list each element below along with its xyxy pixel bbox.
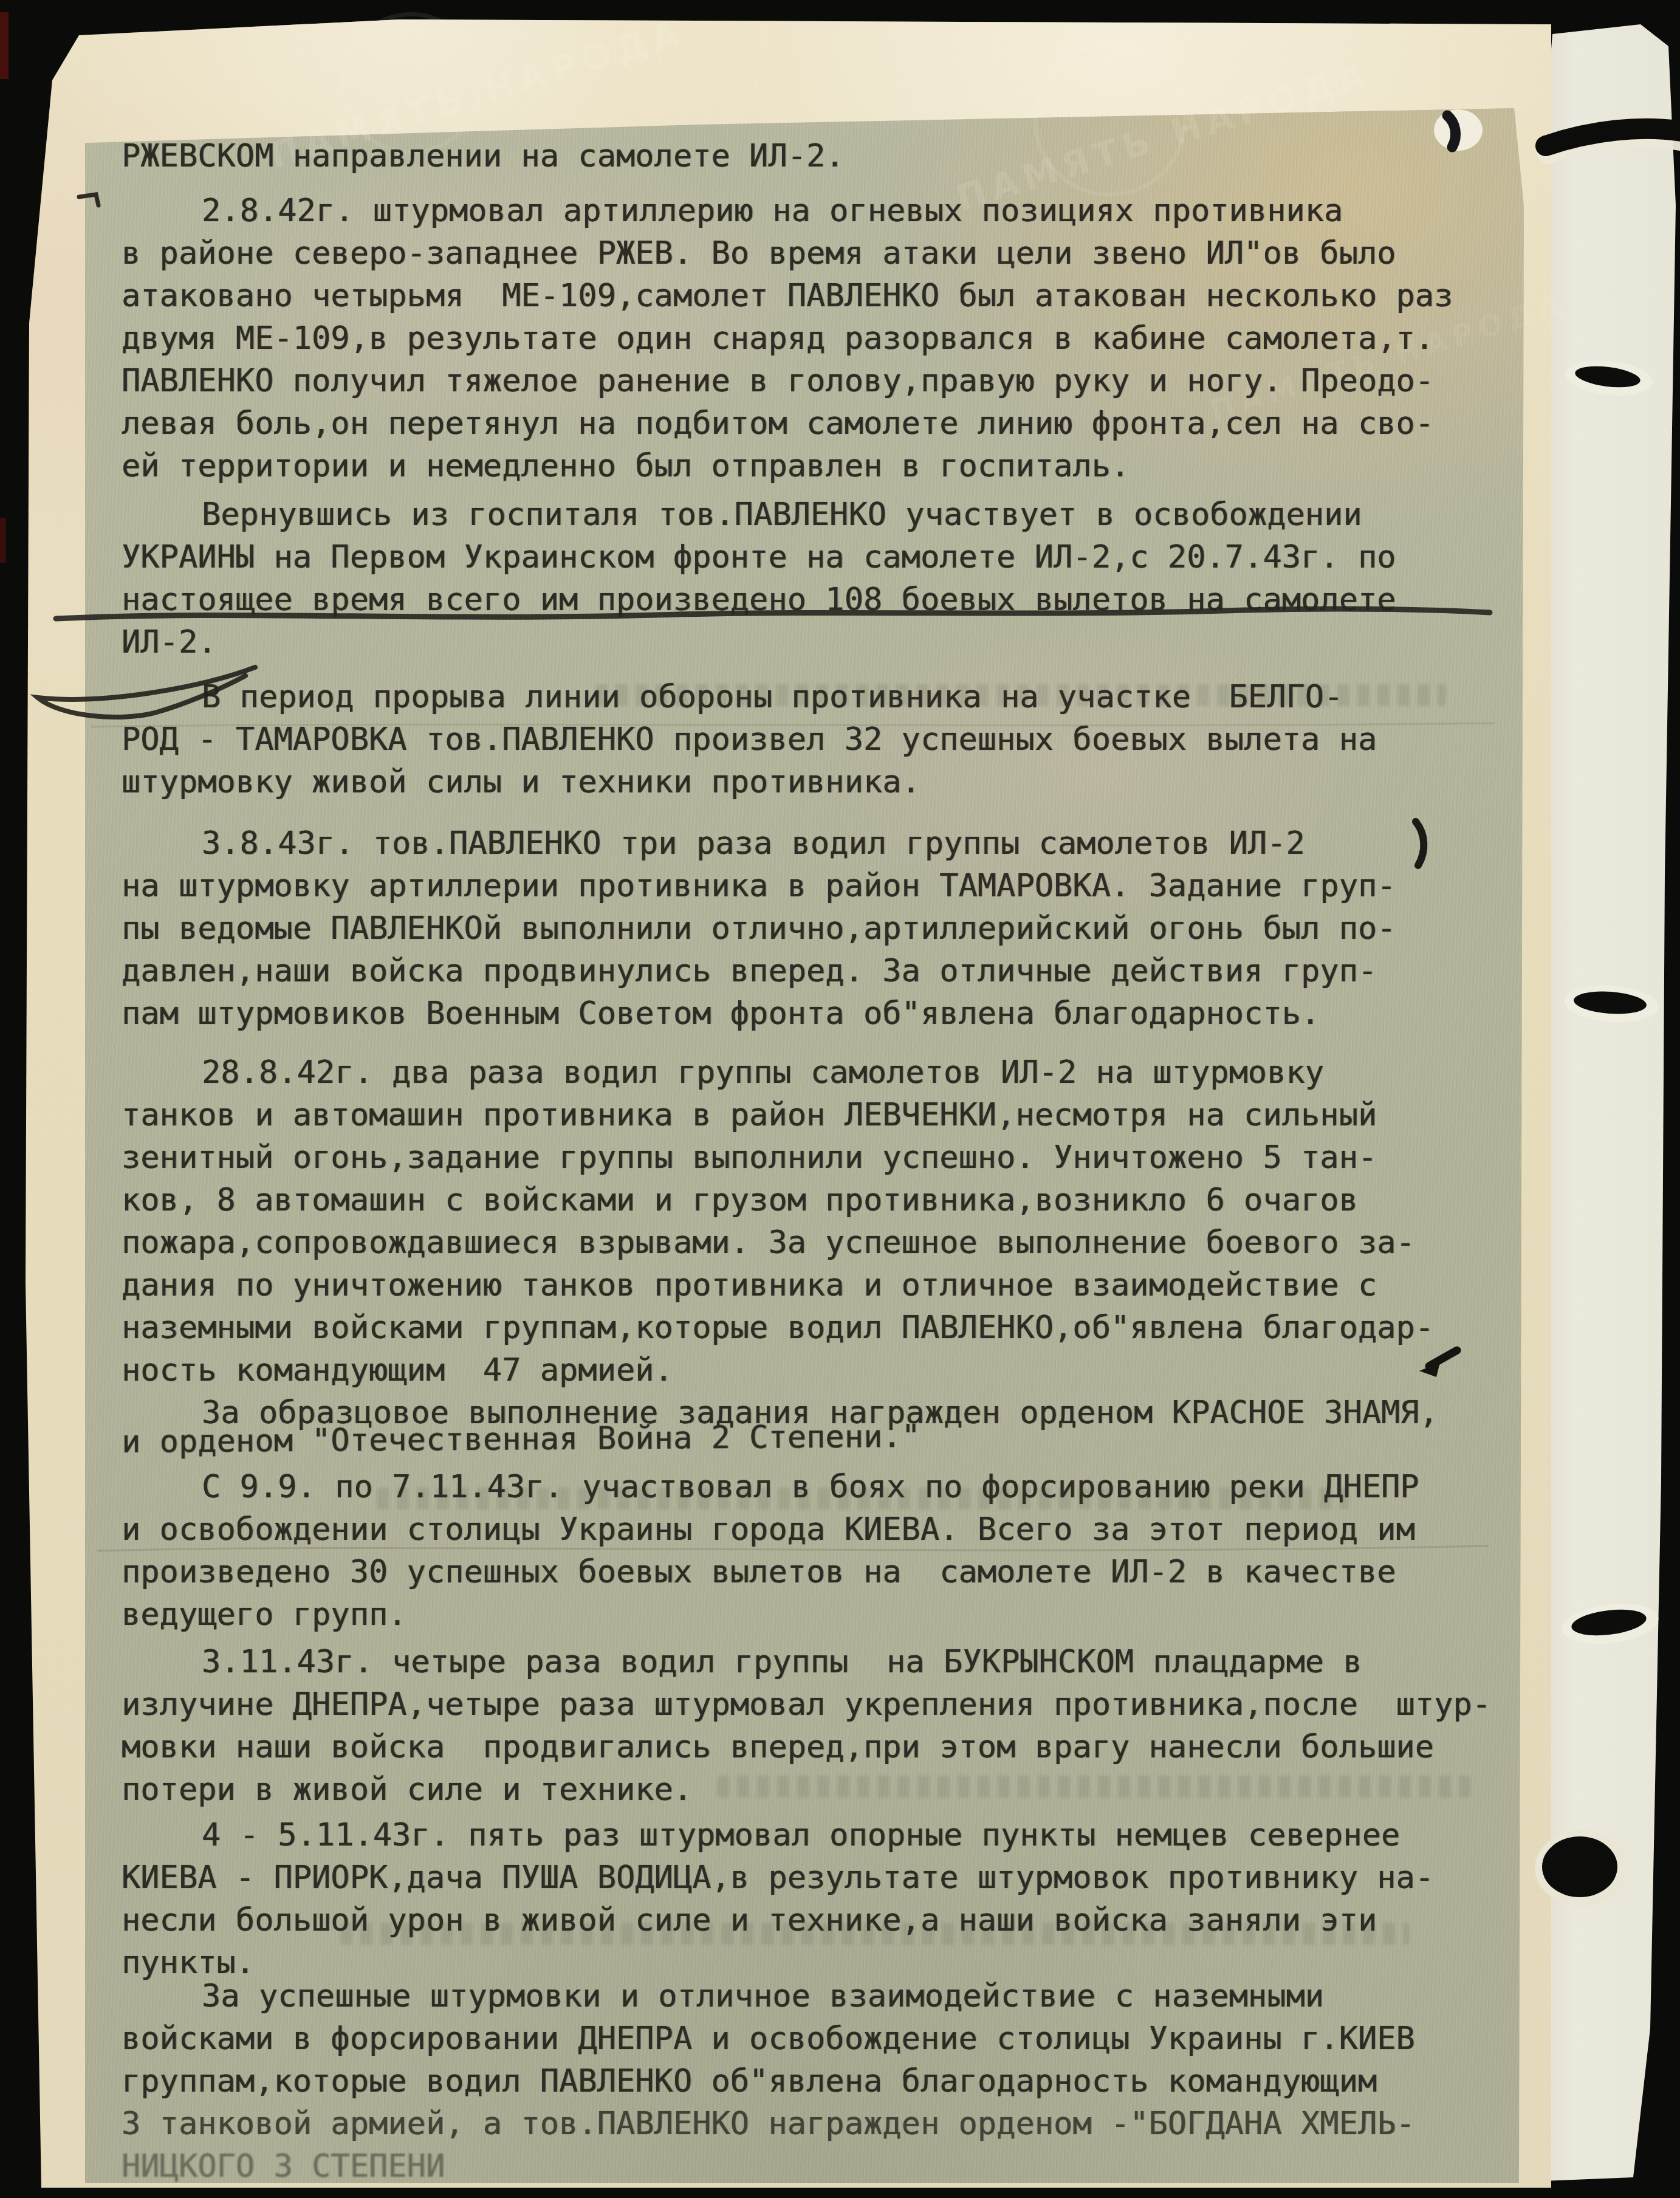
text-line: потери в живой силе и технике. (122, 1768, 1537, 1811)
text-line: излучине ДНЕПРА,четыре раза штурмовал ук… (122, 1683, 1537, 1726)
text-line: ИЛ-2. (122, 621, 1537, 664)
text-line: войсками в форсировании ДНЕПРА и освобож… (122, 2018, 1537, 2060)
text-line: УКРАИНЫ на Первом Украинском фронте на с… (122, 536, 1537, 579)
paragraph: Вернувшись из госпиталя тов.ПАВЛЕНКО уча… (122, 493, 1537, 664)
paragraph: С 9.9. по 7.11.43г. участвовал в боях по… (122, 1466, 1537, 1636)
text-line: ность командующим 47 армией. (122, 1349, 1537, 1392)
paragraph: За успешные штурмовки и отличное взаимод… (122, 1975, 1537, 2188)
text-line: 3 танковой армией, а тов.ПАВЛЕНКО награж… (122, 2103, 1537, 2145)
text-line: НИЦКОГО 3 СТЕПЕНИ (122, 2145, 1537, 2188)
text-line: Вернувшись из госпиталя тов.ПАВЛЕНКО уча… (122, 493, 1537, 536)
text-line: на штурмовку артиллерии противника в рай… (122, 865, 1537, 907)
text-line: ведущего групп. (122, 1593, 1537, 1636)
scanned-document-screenshot: { "watermark": { "label": "ПАМЯТЬ НАРОДА… (0, 0, 1680, 2198)
text-line: 3.11.43г. четыре раза водил группы на БУ… (122, 1641, 1537, 1683)
text-line: 28.8.42г. два раза водил группы самолето… (122, 1051, 1537, 1094)
paragraph: В период прорыва линии обороны противник… (122, 676, 1537, 803)
text-line: ПАВЛЕНКО получил тяжелое ранение в голов… (122, 360, 1537, 402)
text-line: 2.8.42г. штурмовал артиллерию на огневых… (122, 190, 1537, 232)
paragraph: и орденом "Отечественная Война 2 Степени… (122, 1411, 1537, 1463)
text-line: пожара,сопровождавшиеся взрывами. За усп… (122, 1221, 1537, 1264)
text-line: ей территории и немедленно был отправлен… (122, 445, 1537, 487)
text-line: несли большой урон в живой силе и техник… (122, 1899, 1537, 1942)
paragraph: РЖЕВСКОМ направлении на самолете ИЛ-2. (122, 135, 1537, 177)
paragraph: 2.8.42г. штурмовал артиллерию на огневых… (122, 190, 1537, 487)
paragraph: 3.8.43г. тов.ПАВЛЕНКО три раза водил гру… (122, 822, 1537, 1035)
typed-text-block: РЖЕВСКОМ направлении на самолете ИЛ-2.2.… (0, 0, 1680, 2198)
text-line: наземными войсками группам,которые водил… (122, 1307, 1537, 1349)
text-line: двумя МЕ-109,в результате один снаряд ра… (122, 317, 1537, 360)
paragraph: 4 - 5.11.43г. пять раз штурмовал опорные… (122, 1814, 1537, 1984)
text-line: давлен,наши войска продвинулись вперед. … (122, 950, 1537, 992)
text-line: В период прорыва линии обороны противник… (122, 676, 1537, 718)
text-line: За успешные штурмовки и отличное взаимод… (122, 1975, 1537, 2018)
paragraph: 28.8.42г. два раза водил группы самолето… (122, 1051, 1537, 1392)
text-line: группам,которые водил ПАВЛЕНКО об"явлена… (122, 2060, 1537, 2103)
text-line: атаковано четырьмя МЕ-109,самолет ПАВЛЕН… (122, 275, 1537, 317)
text-line: КИЕВА - ПРИОРК,дача ПУША ВОДИЦА,в резуль… (122, 1856, 1537, 1899)
text-line: пы ведомые ПАВЛЕНКОй выполнили отлично,а… (122, 907, 1537, 950)
text-line: мовки наши войска продвигались вперед,пр… (122, 1726, 1537, 1768)
text-line: дания по уничтожению танков противника и… (122, 1264, 1537, 1307)
text-line: и освобождении столицы Украины города КИ… (122, 1508, 1537, 1551)
text-line: настоящее время всего им произведено 108… (122, 579, 1537, 621)
text-line: пам штурмовиков Военным Советом фронта о… (122, 992, 1537, 1035)
paragraph: 3.11.43г. четыре раза водил группы на БУ… (122, 1641, 1537, 1811)
text-line: РОД - ТАМАРОВКА тов.ПАВЛЕНКО произвел 32… (122, 718, 1537, 761)
text-line: зенитный огонь,задание группы выполнили … (122, 1136, 1537, 1179)
text-line: ков, 8 автомашин с войсками и грузом про… (122, 1179, 1537, 1221)
text-line: танков и автомашин противника в район ЛЕ… (122, 1094, 1537, 1136)
text-line: левая боль,он перетянул на подбитом само… (122, 402, 1537, 445)
text-line: в районе северо-западнее РЖЕВ. Во время … (122, 232, 1537, 275)
text-line: РЖЕВСКОМ направлении на самолете ИЛ-2. (122, 135, 1537, 177)
text-line: и орденом "Отечественная Война 2 Степени… (122, 1411, 1537, 1463)
text-line: произведено 30 успешных боевых вылетов н… (122, 1551, 1537, 1593)
text-line: штурмовку живой силы и техники противник… (122, 761, 1537, 803)
text-line: 4 - 5.11.43г. пять раз штурмовал опорные… (122, 1814, 1537, 1856)
text-line: С 9.9. по 7.11.43г. участвовал в боях по… (122, 1466, 1537, 1508)
text-line: 3.8.43г. тов.ПАВЛЕНКО три раза водил гру… (122, 822, 1537, 865)
